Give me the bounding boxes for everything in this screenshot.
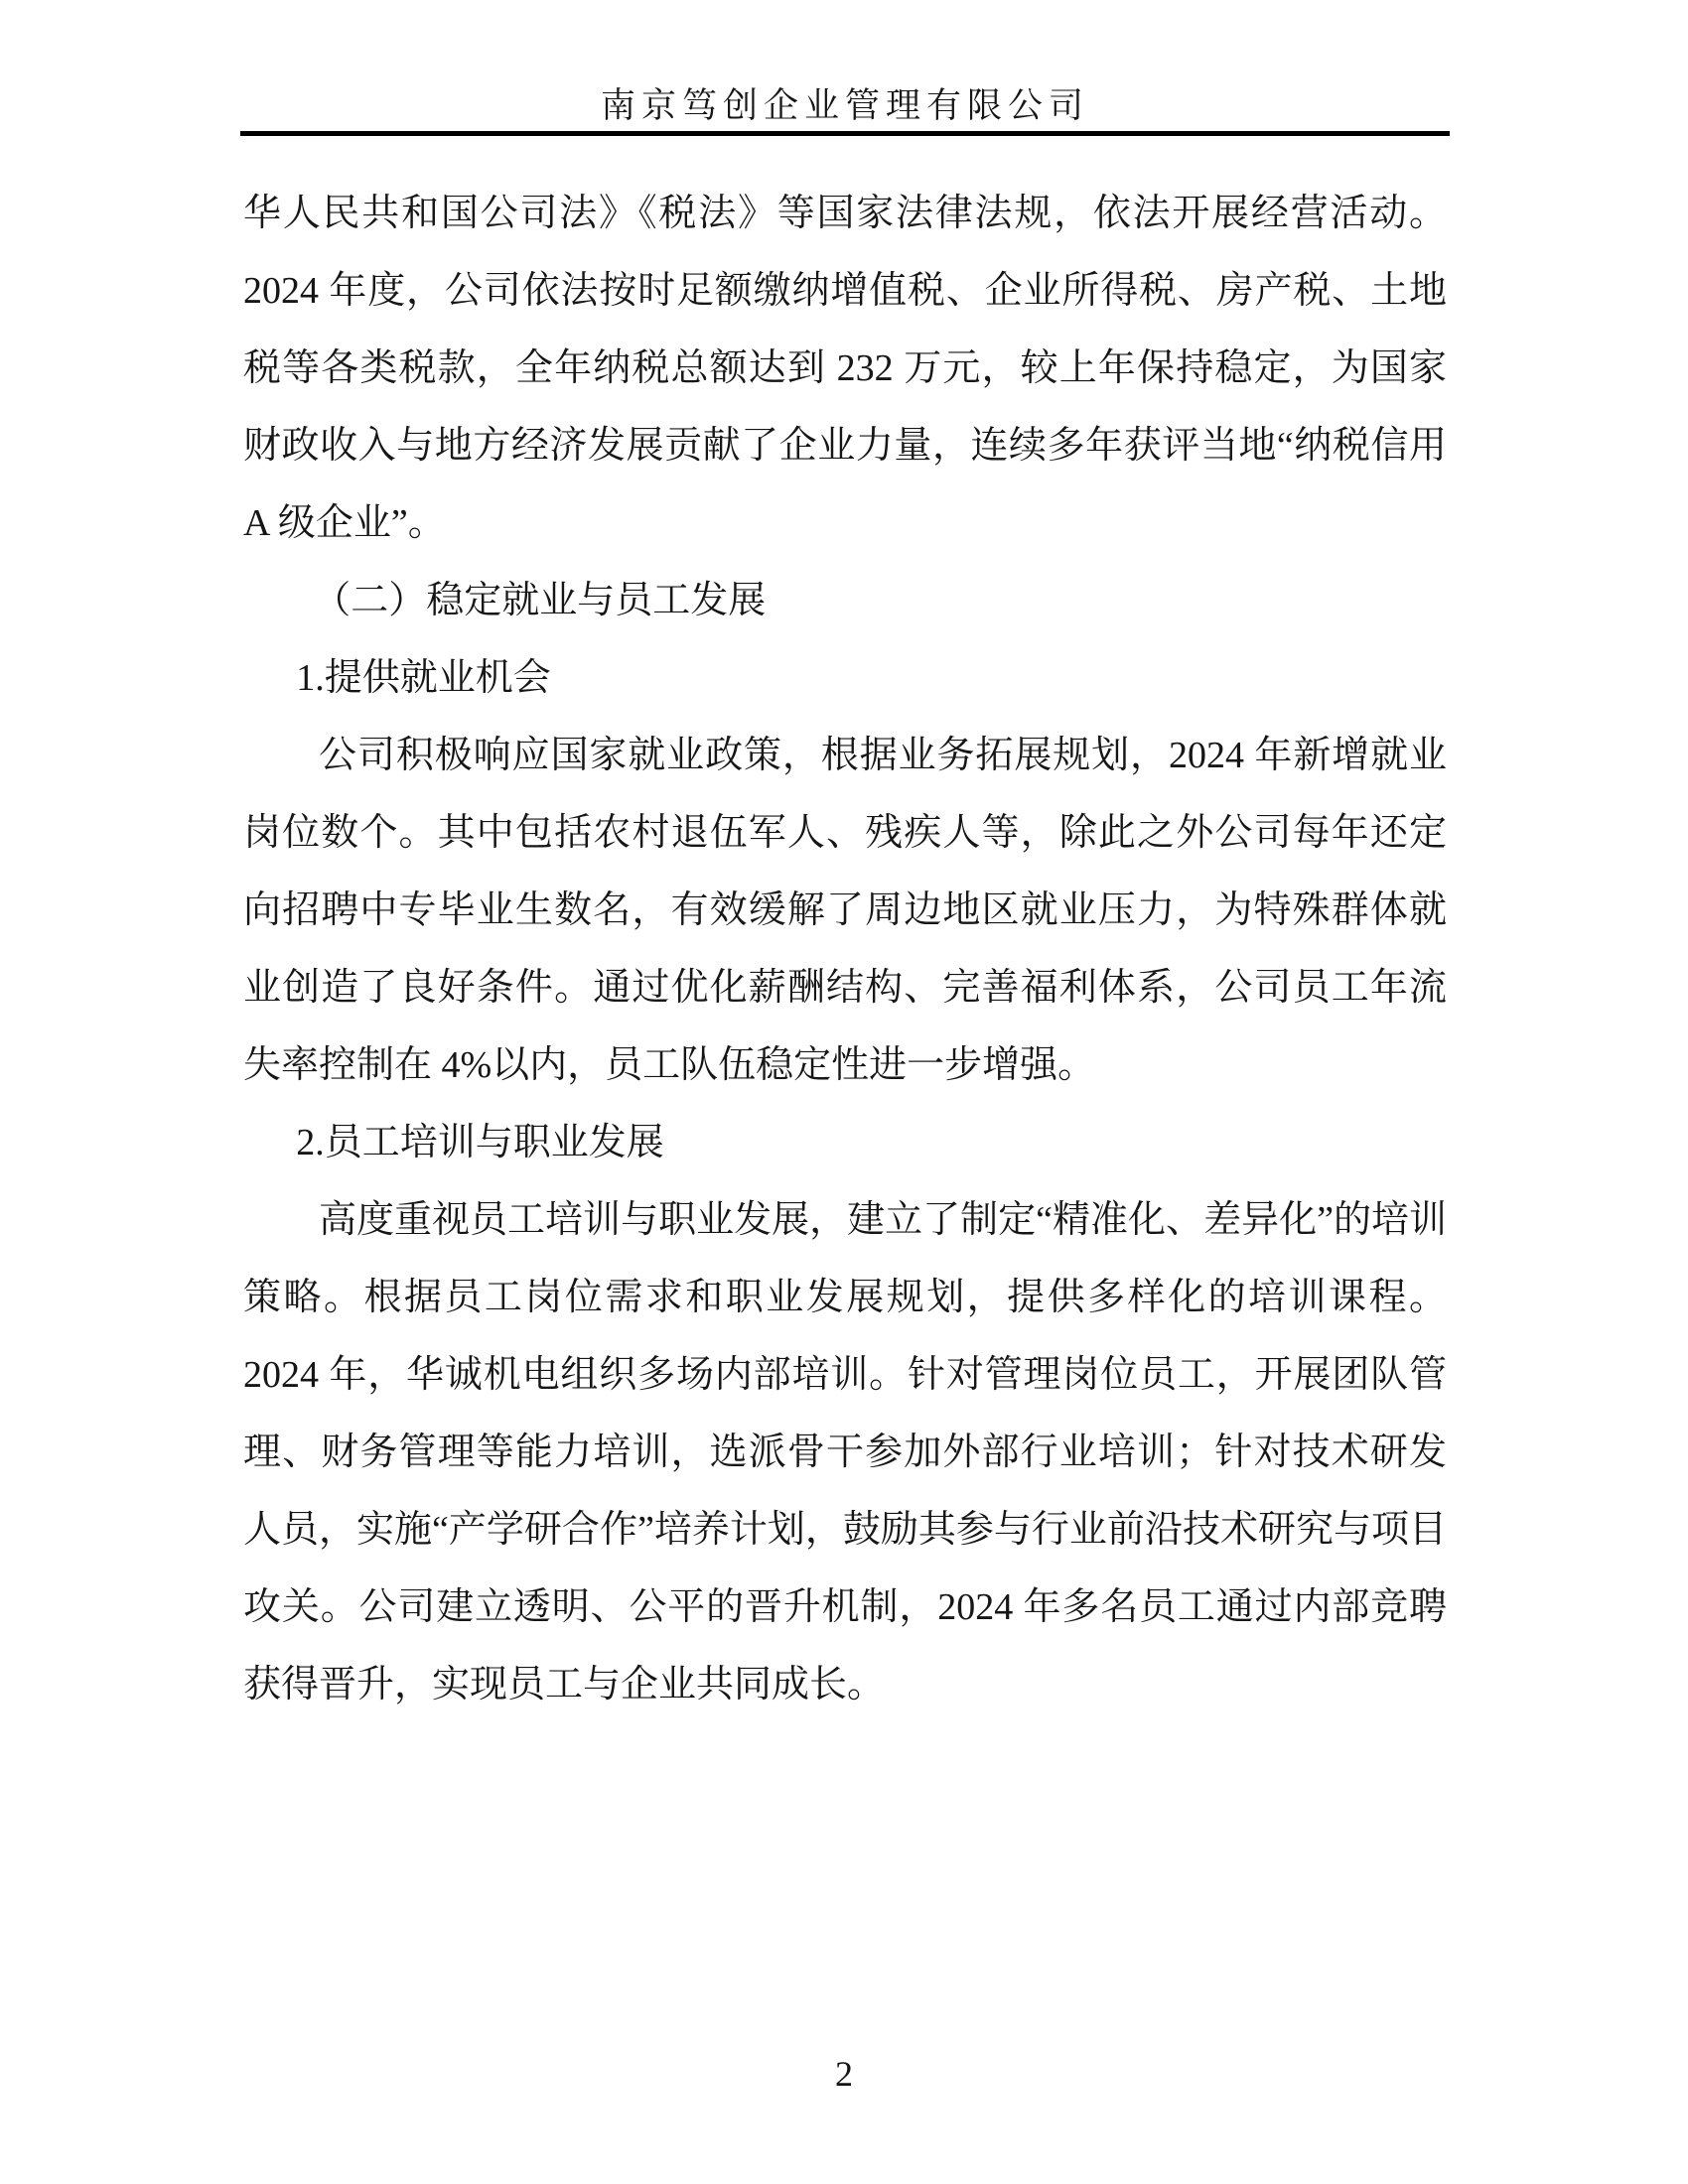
page-number: 2: [835, 2054, 853, 2094]
page-header: 南京笃创企业管理有限公司: [240, 0, 1450, 136]
paragraph-training-development: 高度重视员工培训与职业发展，建立了制定“精准化、差异化”的培训策略。根据员工岗位…: [243, 1181, 1447, 1723]
heading-employment-section: （二）稳定就业与员工发展: [243, 562, 1447, 639]
heading-training-development: 2.员工培训与职业发展: [243, 1104, 1447, 1181]
paragraph-job-opportunities: 公司积极响应国家就业政策，根据业务拓展规划，2024 年新增就业岗位数个。其中包…: [243, 717, 1447, 1104]
paragraph-tax-compliance: 华人民共和国公司法》《税法》等国家法律法规，依法开展经营活动。2024 年度，公…: [243, 175, 1447, 562]
document-page: 南京笃创企业管理有限公司 华人民共和国公司法》《税法》等国家法律法规，依法开展经…: [0, 0, 1688, 2184]
page-footer: 2: [0, 2051, 1688, 2097]
heading-job-opportunities: 1.提供就业机会: [243, 639, 1447, 717]
company-name-header: 南京笃创企业管理有限公司: [240, 0, 1450, 127]
header-divider: [240, 131, 1450, 136]
document-body: 华人民共和国公司法》《税法》等国家法律法规，依法开展经营活动。2024 年度，公…: [243, 175, 1447, 1723]
